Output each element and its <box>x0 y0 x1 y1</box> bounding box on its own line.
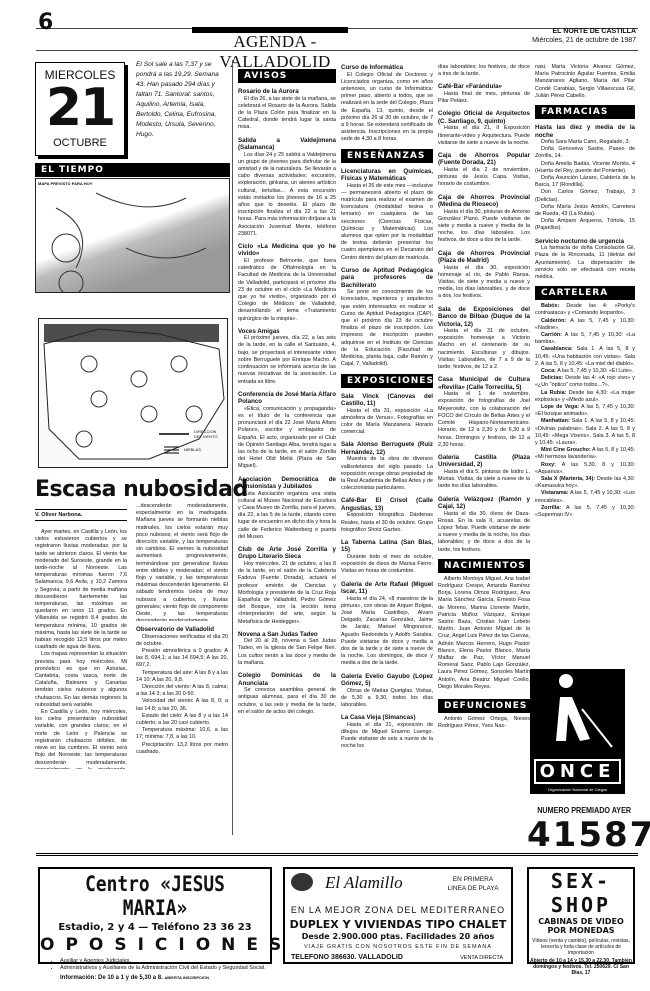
cinema-listing: Babós: Desde las 4: «Porky's contraataca… <box>535 303 635 317</box>
aviso-body: Se convoca asamblea general de antiguas … <box>238 687 336 716</box>
cinema-listing: Mini Cine Groucho: A las 5, 8 y 10,45: «… <box>535 447 635 461</box>
cinema-name: Zorrilla: <box>541 505 561 511</box>
ad-line: Desde 2.900.000 ptas. Facilidades 20 año… <box>285 932 511 941</box>
prize-label: NUMERO PREMIADO AYER <box>537 806 631 815</box>
weather-column-1: V. Oliver Narbona. Ayer martes, en Casti… <box>35 509 127 769</box>
farmacia-item: Doña Sara María Cano, Regalado, 3. <box>535 139 635 146</box>
weather-paragraph-cont: ...descenderán moderadamente, especialme… <box>136 503 228 621</box>
observatory-line: Precipitación: 13,2 litros por metro cua… <box>136 742 228 756</box>
cinema-name: Coca: <box>541 368 556 374</box>
isobars-icon <box>36 188 230 293</box>
exposicion-body: Hasta el día 31, exposición «La atmósfer… <box>341 408 433 437</box>
exposiciones-nacimientos-column: días laborables; los festivos, de doce a… <box>438 64 530 834</box>
urgencia-title: Servicio nocturno de urgencia <box>535 238 635 246</box>
cinema-name: Carrión: <box>541 332 562 338</box>
europe-weather-map: MAPA PREVISTO PARA HOY <box>35 178 230 293</box>
cinema-listing: Vistarama: A las 5, 7,45 y 10,30: «Los i… <box>535 490 635 504</box>
farmacias-label: FARMACIAS <box>535 105 635 119</box>
ad-subtitle: CABINAS DE VIDEO POR MONEDAS <box>529 917 633 935</box>
palm-tree-icon <box>291 873 313 891</box>
urgencia-body: La farmacia de doña Consolación Gil, Pla… <box>535 245 635 281</box>
once-logo-box: ONCE Organización Nacional de Ciegos <box>530 669 625 794</box>
cinema-listing: La Rubia: Desde las 4,30: «La mujer expl… <box>535 390 635 404</box>
exposicion-title: Café-Bar El Crisol (Calle Angustias, 13) <box>341 497 433 512</box>
legend-fog: NIEBLAS <box>184 447 201 452</box>
observatory-line: Observaciones verificadas el día 20 de o… <box>136 634 228 648</box>
exposiciones-label: EXPOSICIONES <box>341 374 433 388</box>
exposicion-body: días laborables; los festivos, de doce a… <box>438 64 530 78</box>
aviso-body: «Etica, comunicación y propaganda» es el… <box>238 406 336 471</box>
defunciones-label: DEFUNCIONES <box>438 699 530 713</box>
exposicion-title: Casa Municipal de Cultura «Revilla» (Cal… <box>438 376 530 391</box>
cinema-name: Casablanca: <box>541 346 573 352</box>
cartelera-label: CARTELERA <box>535 286 635 300</box>
exposicion-title: Café-Bar «Farándula» <box>438 83 530 91</box>
aviso-body: Los días 24 y 25 saldrá a Valdejimena un… <box>238 152 336 238</box>
weather-section-label: EL TIEMPO <box>35 163 230 177</box>
ad-line: DUPLEX Y VIVIENDAS TIPO CHALET <box>285 918 511 931</box>
aviso-body: El próximo jueves, día 22, a las seis de… <box>238 335 336 385</box>
observatory-line: Dirección del viento: A las 8, calma; a … <box>136 684 228 698</box>
farmacia-item: Doña María Jesús Antolín, Carretera de R… <box>535 204 635 218</box>
exposicion-body: Hasta el día 30, exposición homenaje al … <box>438 265 530 301</box>
ad-logo: El Alamillo <box>325 873 403 893</box>
weather-paragraph: En Castilla y León, hoy miércoles, los c… <box>35 709 127 769</box>
ensenanza-title: Licenciaturas en Químicas, Físicas y Mat… <box>341 168 433 183</box>
exposicion-body: Hasta el 1 de noviembre, exposición de f… <box>438 391 530 449</box>
cinema-name: Sala X (Marteria, 34): <box>541 476 595 482</box>
day-number: 21 <box>36 82 124 134</box>
weather-paragraph: Ayer martes, en Castilla y León, los cie… <box>35 529 127 651</box>
ensenanzas-label: ENSEÑANZAS <box>341 149 433 163</box>
aviso-body: Hoy miércoles, 21 de octubre, a las 8 de… <box>238 561 336 626</box>
weather-column-2: ...descenderán moderadamente, especialme… <box>136 503 228 833</box>
legend-wind: DIRECCION DEL VIENTO <box>194 429 224 439</box>
observatory-title: Observatorio de Valladolid <box>136 626 228 634</box>
ad-jesus-maria: Centro «JESUS MARIA» Estadio, 2 y 4 — Te… <box>38 867 272 964</box>
aviso-title: Asociación Democrática de Pensionistas y… <box>238 476 336 491</box>
exposicion-title: La Taberna Latina (San Blas, 15) <box>341 539 433 554</box>
ad-hours: Abierto de 10 a 14 y 15,30 a 22,30. Tamb… <box>529 958 633 976</box>
exposicion-title: Galería Evelio Gayubo (López Gómez, 5) <box>341 673 433 688</box>
defunciones-cont: nasi, María Victoria Alvarez Gómez, Marí… <box>535 64 635 100</box>
exposicion-body: Hasta el día 5, pinturas de Isidro L. Mu… <box>438 469 530 491</box>
exposicion-body: Hasta el día 31, exposición de dibujos d… <box>341 722 433 751</box>
nacimientos-list: Alberto Montoya Miguel, Ana Isabel Rodrí… <box>438 576 530 691</box>
month: OCTUBRE <box>36 137 124 149</box>
observatory-line: Velocidad del viento: A las 8, 0; a las … <box>136 698 228 712</box>
exposicion-title: Caja de Ahorros Popular (Fuente Dorada, … <box>438 152 530 167</box>
exposicion-title: Colegio Oficial de Arquitectos (C. Santi… <box>438 110 530 125</box>
observatory-line: Estado del cielo: A las 8 y a las 14 cub… <box>136 713 228 727</box>
exposicion-body: Obras de Matías Quetglas. Visitas, de 5,… <box>341 688 433 710</box>
cinema-name: Calderón: <box>541 318 566 324</box>
avisos-label: AVISOS <box>238 69 336 83</box>
ad-title: Centro «JESUS MARIA» <box>57 872 253 920</box>
blind-person-icon <box>530 669 625 754</box>
exposicion-body: Hasta el día 2 de noviembre, pinturas de… <box>438 167 530 189</box>
aviso-title: Club de Arte José Zorrilla y Grupo Liter… <box>238 546 336 561</box>
weather-headline: Escasa nubosidad <box>35 477 248 502</box>
cinema-listing: Delicias: Desde las 4: «A rojo vivo» y «… <box>535 375 635 389</box>
ad-info-text: Información: De 10 a 1 y de 5,30 a 8. <box>60 975 163 981</box>
cinema-name: Manhattan: <box>541 418 570 424</box>
exposicion-body: Durante todo el mes de octubre, exposici… <box>341 554 433 576</box>
exposicion-title: Galería Velázquez (Ramón y Cajal, 12) <box>438 496 530 511</box>
cinema-listing: Manhattan: Sala 1. A las 5, 8 y 10,45: «… <box>535 418 635 447</box>
cinema-name: Vistarama: <box>541 490 568 496</box>
cinema-listing: Lope de Vega: A las 5, 7,45 y 10,30: «El… <box>535 404 635 418</box>
exposicion-title: Sala Alonso Berruguete (Ruiz Hernández, … <box>341 441 433 456</box>
cinema-listing: Zorrilla: A las 5, 7,45 y 10,30: «Superm… <box>535 505 635 519</box>
ad-description: Vídeos (venta y cambio), películas, revi… <box>529 938 633 956</box>
once-subtitle: Organización Nacional de Ciegos <box>530 787 625 792</box>
avisos-column: AVISOS Rosario de la AuroraEl día 26, a … <box>238 64 336 834</box>
ensenanza-body: Se pone en conocimiento de los licenciad… <box>341 289 433 368</box>
cinema-listing: Calderón: A las 5, 7,45 y 10,30: «Nadine… <box>535 318 635 332</box>
ad-info: Información: De 10 a 1 y de 5,30 a 8. AB… <box>60 975 270 981</box>
nacimientos-label: NACIMIENTOS <box>438 559 530 573</box>
page-number: 6 <box>38 10 53 35</box>
aviso-body: El profesor Belmonte, que fuera catedrát… <box>238 258 336 323</box>
exposicion-title: Galería de Arte Rafael (Miguel Iscar, 11… <box>341 581 433 596</box>
aviso-title: Conferencia de José María Alfaro Polanco <box>238 391 336 406</box>
almanac-text: El Sol sale a las 7,37 y se pondrá a las… <box>136 60 226 140</box>
cinema-listing: Casablanca: Sala 1. A las 5, 8 y 10,45: … <box>535 346 635 368</box>
cinema-listing: Carrión: A las 5, 7,45 y 10,30: «La bamb… <box>535 332 635 346</box>
cinema-name: Mini Cine Groucho: <box>541 447 591 453</box>
farmacia-item: Doña Amparo Arqueros, Tórtola, 15 (Pajar… <box>535 218 635 232</box>
ad-address: Estadio, 2 y 4 — Teléfono 23 36 23 <box>40 922 270 933</box>
once-letters: ONCE <box>534 759 622 784</box>
ensenanza-title: Curso de Aptitud Pedagógica para profeso… <box>341 267 433 290</box>
ad-bullet: Administrativos y Auxiliares de la Admin… <box>60 965 270 972</box>
cinema-name: La Rubia: <box>541 390 566 396</box>
ensenanza-body: Hasta el 26 de este mes —inclusive— perm… <box>341 183 433 262</box>
defunciones-list: Antonio Gómez Ortega, Nieves Rodríguez P… <box>438 716 530 730</box>
cinema-info: A las 5, 7,45 y 10,30: «El Lute». <box>557 368 633 374</box>
farmacias-subtitle: Hasta las diez y media de la noche <box>535 124 635 139</box>
aviso-title: Voces Amigas <box>238 328 336 336</box>
course-body: El Colegio Oficial de Doctores y Licenci… <box>341 72 433 144</box>
prize-number: 41587 <box>527 815 650 855</box>
ad-line: EN LA MEJOR ZONA DEL MEDITERRANEO <box>285 905 511 915</box>
exposicion-body: Hasta el día 31 de octubre, exposición h… <box>438 328 530 371</box>
exposicion-body: Hasta el día 24, «8 maestros de la pintu… <box>341 596 433 668</box>
exposicion-body: Hasta el día 30, pinturas de Antonio Gon… <box>438 209 530 245</box>
ad-bullets: Auxiliar y Agentes Judiciales. Administr… <box>60 958 270 972</box>
column-divider <box>232 60 233 835</box>
ad-line: VIAJE GRATIS CON NOSOTROS ESTE FIN DE SE… <box>285 944 511 950</box>
exposicion-body: Hasta el día 30, óleos de Daza-Rosas. En… <box>438 511 530 554</box>
exposicion-title: La Casa Vieja (Simancas) <box>341 714 433 722</box>
exposicion-title: Sala Vinck (Cánovas del Castillo, 11) <box>341 393 433 408</box>
ad-sex-shop: SEX-SHOP CABINAS DE VIDEO POR MONEDAS Ví… <box>527 867 635 964</box>
castilla-leon-weather-map: DIRECCION DEL VIENTO NIEBLAS <box>38 318 228 468</box>
paper-name: EL NORTE DE CASTILLA <box>553 28 636 35</box>
exposicion-title: Caja de Ahorros Provincial (Medina de Ri… <box>438 194 530 209</box>
cinema-listing: Sala X (Marteria, 34): Desde las 4,30: «… <box>535 476 635 490</box>
observatory-line: Presión atmosférica a 0 grados: A las 8,… <box>136 648 228 670</box>
ad-phone: TELEFONO 386630. VALLADOLID <box>291 954 403 961</box>
course-title: Curso de Informática <box>341 64 433 72</box>
observatory-line: Temperatura máxima: 10,6, a las 17; míni… <box>136 727 228 741</box>
ad-venta: VENTA DIRECTA <box>460 955 503 961</box>
exposicion-title: Sala de Exposiciones del Banco de Bilbao… <box>438 306 530 329</box>
header-rule-bottom <box>36 50 638 51</box>
ad-headline: OPOSICIONES <box>40 935 270 955</box>
ad-el-alamillo: El Alamillo EN PRIMERA LINEA DE PLAYA EN… <box>283 867 513 964</box>
weather-symbols-icon <box>39 319 228 468</box>
farmacia-item: Doña Amelia Badás, Vicente Mortés, 4 (Hu… <box>535 161 635 175</box>
farmacia-item: Doña Asunción Lázaro, Caldería de la Bar… <box>535 175 635 189</box>
cinema-name: Babós: <box>541 303 559 309</box>
aviso-title: Rosario de la Aurora <box>238 88 336 96</box>
exposicion-title: Caja de Ahorros Provincial (Plaza de Mad… <box>438 250 530 265</box>
exposicion-body: Hasta el día 21, II Exposición Itinerant… <box>438 125 530 147</box>
exposicion-body: Muestra de la obra de diversos vallisole… <box>341 456 433 492</box>
map-label: MAPA PREVISTO PARA HOY <box>36 179 229 188</box>
cinema-name: Roxy: <box>541 462 556 468</box>
aviso-body: Esta Asociación organiza una visita cult… <box>238 491 336 541</box>
exposicion-body: Hasta final de mes, pinturas de Pilar Pe… <box>438 91 530 105</box>
once-wordmark: ONCE <box>530 759 625 784</box>
aviso-title: Salida a Valdejimena (Salamanca) <box>238 137 336 152</box>
observatory-line: Temperatura del aire: A las 8 y a las 14… <box>136 670 228 684</box>
farmacias-cartelera-column: nasi, María Victoria Alvarez Gómez, Marí… <box>535 64 635 664</box>
exposicion-title: Galería Castilla (Plaza Universidad, 2) <box>438 454 530 469</box>
ensenanzas-exposiciones-column: Curso de InformáticaEl Colegio Oficial d… <box>341 64 433 834</box>
byline: V. Oliver Narbona. <box>35 509 127 521</box>
aviso-body: El día 26, a las siete de la mañana, se … <box>238 96 336 132</box>
cinema-listing: Roxy: A las 5,30, 8 y 10,30: «Aquarius». <box>535 462 635 476</box>
ads-separator <box>36 853 638 856</box>
weather-paragraph: Los mapas representan la situación previ… <box>35 651 127 709</box>
ad-title: SEX-SHOP <box>529 869 633 917</box>
cinema-name: Lope de Vega: <box>541 404 579 410</box>
farmacia-item: Doña Genoveva Sastre, Paseo de Zorrilla,… <box>535 146 635 160</box>
cinema-name: Delicias: <box>541 375 563 381</box>
exposicion-body: Exposición fotográfica Dárdenas Reales, … <box>341 512 433 534</box>
farmacia-item: Don Carlos Gómez, Trabajo, 3 (Delicias). <box>535 189 635 203</box>
aviso-title: Colegio Dominicas de la Anunciata <box>238 672 336 687</box>
aviso-body: Del 20 al 28, novena a San Judas Tadeo, … <box>238 638 336 667</box>
aviso-title: Ciclo «La Medicina que yo he vivido» <box>238 243 336 258</box>
paper-date: Miércoles, 21 de octubre de 1987 <box>532 37 636 44</box>
date-box: MIERCOLES 21 OCTUBRE <box>35 62 125 156</box>
aviso-title: Novena a San Judas Tadeo <box>238 631 336 639</box>
ad-tag: EN PRIMERA LINEA DE PLAYA <box>443 875 503 893</box>
ad-bullet: Auxiliar y Agentes Judiciales. <box>60 958 270 965</box>
cinema-listing: Coca: A las 5, 7,45 y 10,30: «El Lute». <box>535 368 635 375</box>
ad-badge: ABIERTA INSCRIPCION <box>164 975 209 980</box>
